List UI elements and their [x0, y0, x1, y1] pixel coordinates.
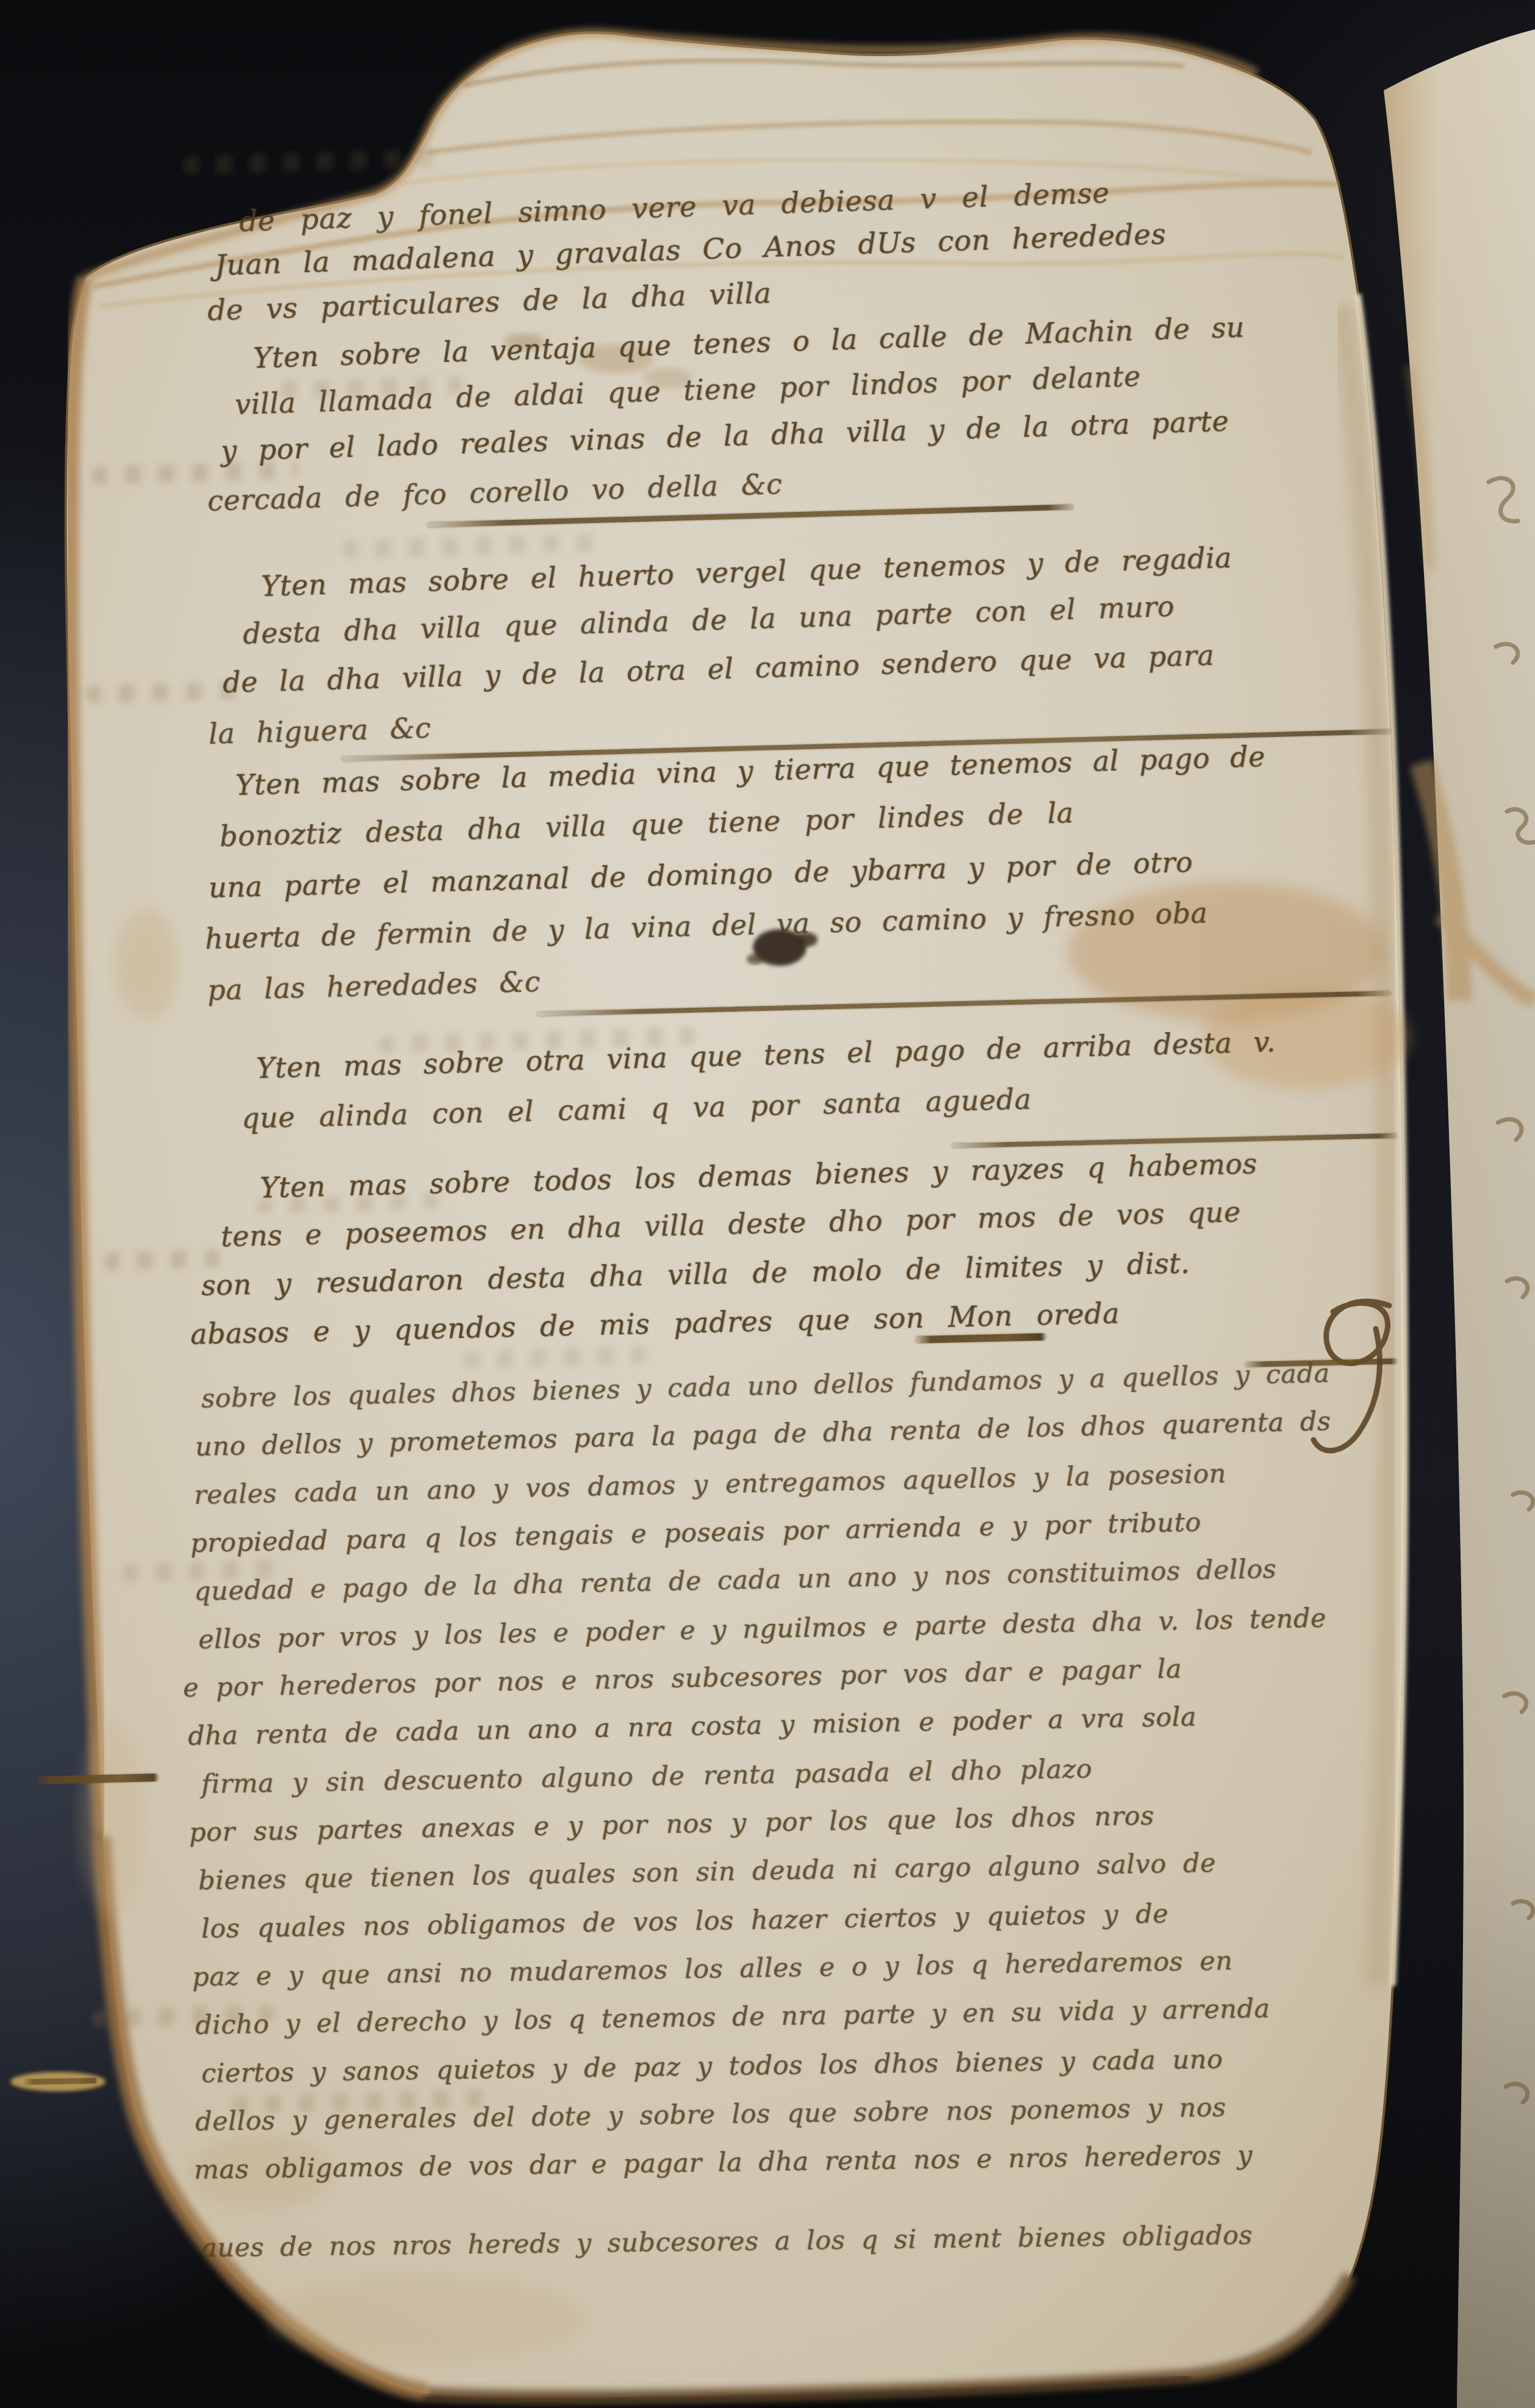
manuscript-line: la higuera &c [208, 711, 431, 750]
manuscript-line: de la dha villa y de la otra el camino s… [222, 639, 1215, 699]
manuscript-line: dellos y generales del dote y sobre los … [195, 2092, 1226, 2137]
manuscript-line: ellos por vros y los les e poder e y ngu… [198, 1603, 1327, 1655]
manuscript-line: e por herederos por nos e nros subcesore… [183, 1654, 1182, 1703]
manuscript-line: bonoztiz desta dha villa que tiene por l… [219, 796, 1074, 853]
manuscript-line: firma y sin descuento alguno de renta pa… [201, 1754, 1093, 1800]
manuscript-line: ciertos y sanos quietos y de paz y todos… [201, 2044, 1223, 2089]
manuscript-line: dicho y el derecho y los q tenemos de nr… [195, 1993, 1271, 2041]
manuscript-line: dha renta de cada un ano a nra costa y m… [188, 1702, 1197, 1752]
manuscript-line: sobre los quales dhos bienes y cada uno … [201, 1358, 1330, 1414]
flourish-rule [915, 1333, 1046, 1343]
flourish-rule [24, 2078, 98, 2085]
manuscript-line: Yten mas sobre todos los demas bienes y … [259, 1147, 1257, 1204]
manuscript-line: que alinda con el cami q va por santa ag… [241, 1082, 1032, 1135]
manuscript-line: por sus partes anexas e y por nos y por … [189, 1800, 1155, 1848]
manuscript-line: paz e y que ansi no mudaremos los alles … [192, 1946, 1233, 1993]
flourish-rule [952, 1133, 1397, 1148]
manuscript-line: huerta de fermin de y la vina del va so … [204, 896, 1208, 955]
manuscript-line: los quales nos obligamos de vos los haze… [201, 1899, 1169, 1944]
manuscript-line: de vs particulares de la dha villa [207, 276, 772, 328]
manuscript-line: cercada de fco corello vo della &c [207, 467, 783, 517]
manuscript-line: aues de nos nros hereds y subcesores a l… [201, 2220, 1253, 2263]
manuscript-line: abasos e y quendos de mis padres que son… [190, 1296, 1120, 1351]
flourish-rule [37, 1774, 159, 1784]
manuscript-line: bienes que tienen los quales son sin deu… [198, 1848, 1217, 1896]
manuscript-line: son y resudaron desta dha villa de molo … [201, 1246, 1190, 1302]
photograph-of-manuscript: de paz y fonel simno vere va debiesa v e… [0, 0, 1535, 2408]
manuscript-line: quedad e pago de la dha renta de cada un… [193, 1554, 1276, 1607]
manuscript-line: uno dellos y prometemos para la paga de … [195, 1406, 1331, 1462]
manuscript-line: una parte el manzanal de domingo de ybar… [208, 846, 1193, 904]
manuscript-line: pa las heredades &c [207, 965, 541, 1007]
manuscript-line: propiedad para q los tengais e poseais p… [190, 1507, 1201, 1559]
manuscript-line: Yten mas sobre otra vina que tens el pag… [256, 1025, 1276, 1085]
flourish-rule [537, 991, 1391, 1016]
manuscript-line: tens e poseemos en dha villa deste dho p… [220, 1195, 1241, 1253]
manuscript-line: reales cada un ano y vos damos y entrega… [193, 1459, 1226, 1511]
manuscript-text-layer: de paz y fonel simno vere va debiesa v e… [0, 0, 1535, 2408]
manuscript-line: mas obligamos de vos dar e pagar la dha … [194, 2140, 1253, 2185]
